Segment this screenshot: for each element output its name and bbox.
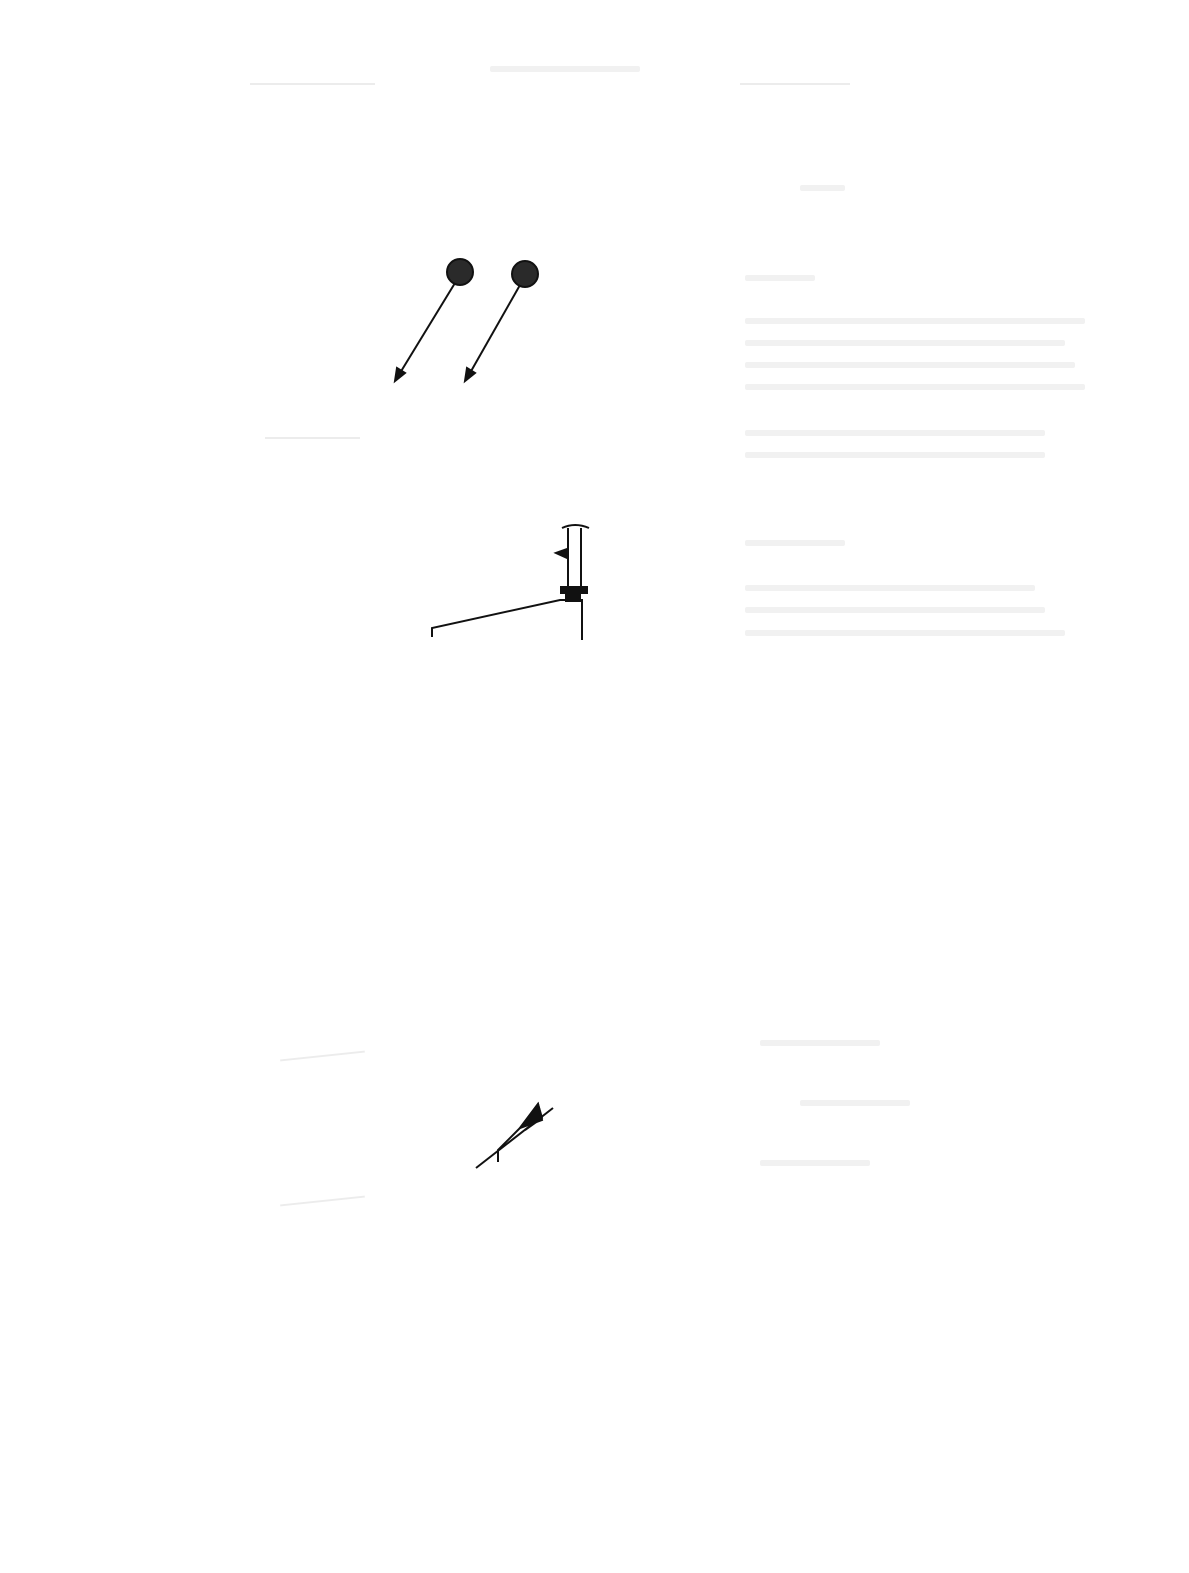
figures xyxy=(0,0,1189,1573)
clip-icon xyxy=(476,1104,553,1168)
pin-icon xyxy=(395,259,538,381)
bracket-icon xyxy=(432,525,589,640)
